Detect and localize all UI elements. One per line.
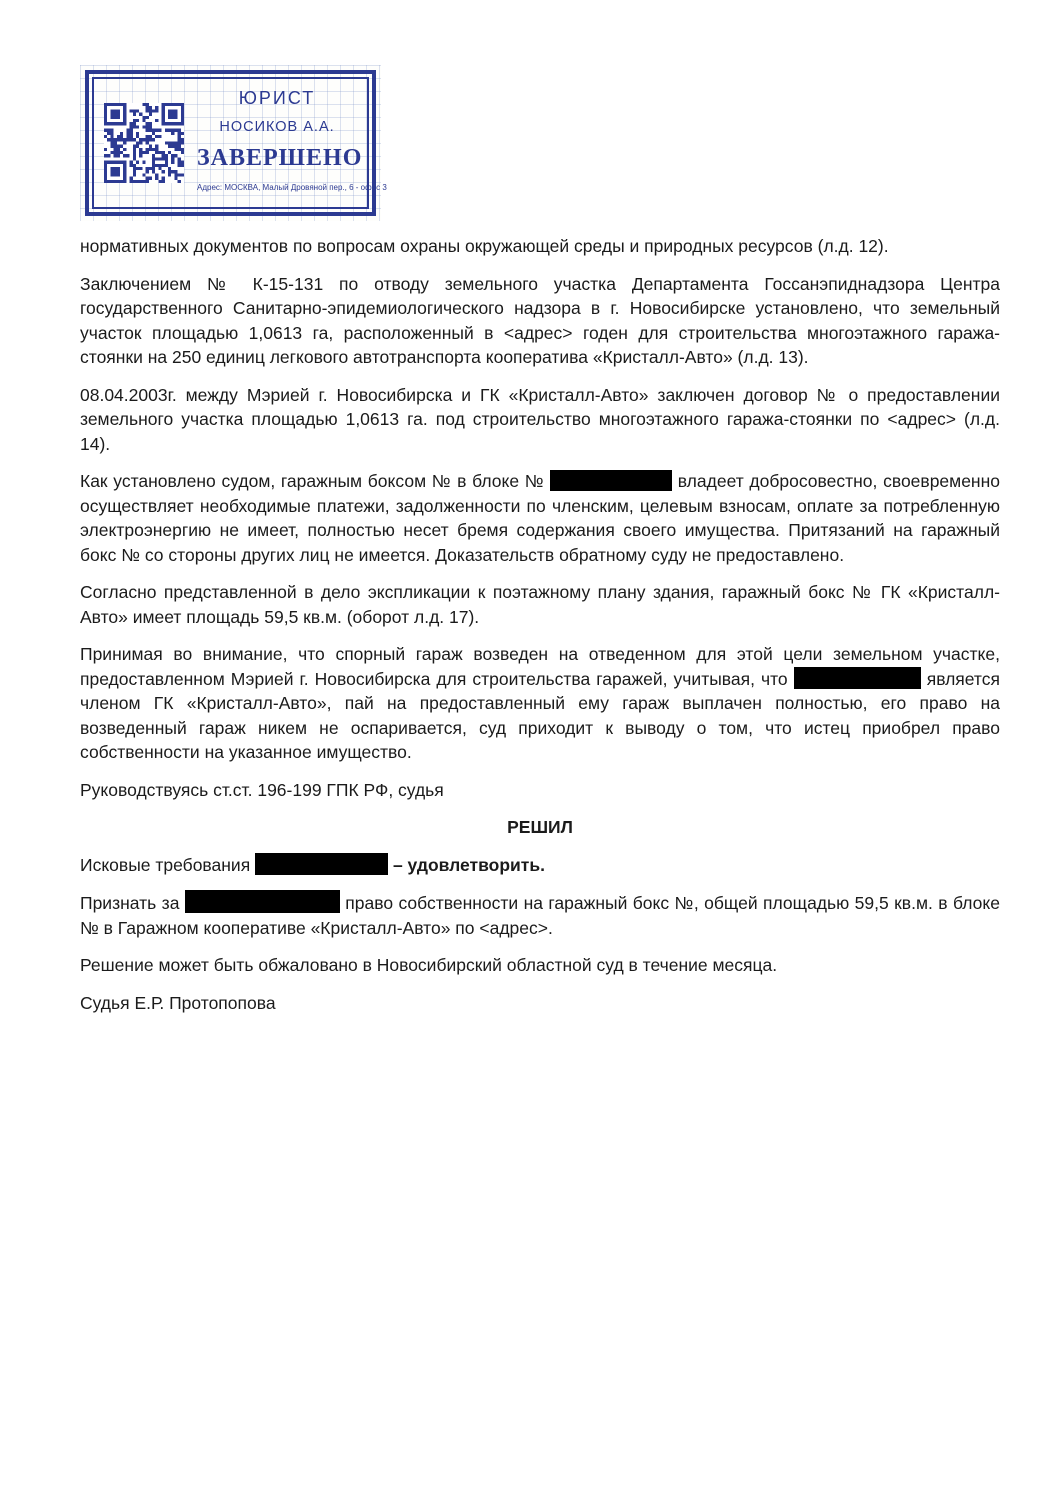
paragraph-7: Руководствуясь ст.ст. 196-199 ГПК РФ, су… [80, 778, 1000, 803]
stamp-name: НОСИКОВ А.А. [197, 115, 357, 140]
stamp-status: ЗАВЕРШЕНО [197, 146, 357, 171]
stamp-text-block: ЮРИСТ НОСИКОВ А.А. ЗАВЕРШЕНО Адрес: МОСК… [197, 86, 357, 200]
redaction-box-2 [794, 667, 921, 689]
redaction-box-4 [185, 890, 340, 913]
paragraph-8-after: – удовлетворить. [393, 855, 545, 875]
paragraph-4-before: Как установлено судом, гаражным боксом №… [80, 471, 544, 491]
decision-heading: РЕШИЛ [80, 815, 1000, 840]
paragraph-4: Как установлено судом, гаражным боксом №… [80, 469, 1000, 567]
stamp-address: Адрес: МОСКВА, Малый Дровяной пер., 6 - … [197, 176, 357, 201]
paragraph-8: Исковые требования – удовлетворить. [80, 853, 1000, 878]
notary-stamp: ЮРИСТ НОСИКОВ А.А. ЗАВЕРШЕНО Адрес: МОСК… [80, 65, 381, 221]
paragraph-6: Принимая во внимание, что спорный гараж … [80, 642, 1000, 765]
paragraph-10: Решение может быть обжаловано в Новосиби… [80, 953, 1000, 978]
stamp-inner-border: ЮРИСТ НОСИКОВ А.А. ЗАВЕРШЕНО Адрес: МОСК… [92, 77, 369, 209]
paragraph-9-before: Признать за [80, 893, 179, 913]
paragraph-9: Признать за право собственности на гараж… [80, 890, 1000, 940]
paragraph-1: нормативных документов по вопросам охран… [80, 234, 1000, 259]
paragraph-8-before: Исковые требования [80, 855, 250, 875]
redaction-box-1 [550, 470, 672, 491]
stamp-outer-border: ЮРИСТ НОСИКОВ А.А. ЗАВЕРШЕНО Адрес: МОСК… [85, 70, 376, 216]
redaction-box-3 [255, 853, 388, 875]
paragraph-5: Согласно представленной в дело экспликац… [80, 580, 1000, 629]
paragraph-3: 08.04.2003г. между Мэрией г. Новосибирск… [80, 383, 1000, 457]
qr-code-icon [104, 103, 184, 183]
document-page: ЮРИСТ НОСИКОВ А.А. ЗАВЕРШЕНО Адрес: МОСК… [0, 0, 1061, 1500]
stamp-title: ЮРИСТ [197, 86, 357, 111]
decision-text: нормативных документов по вопросам охран… [80, 234, 1000, 1015]
paragraph-2: Заключением № К-15-131 по отводу земельн… [80, 272, 1000, 370]
paragraph-11: Судья Е.Р. Протопопова [80, 991, 1000, 1016]
